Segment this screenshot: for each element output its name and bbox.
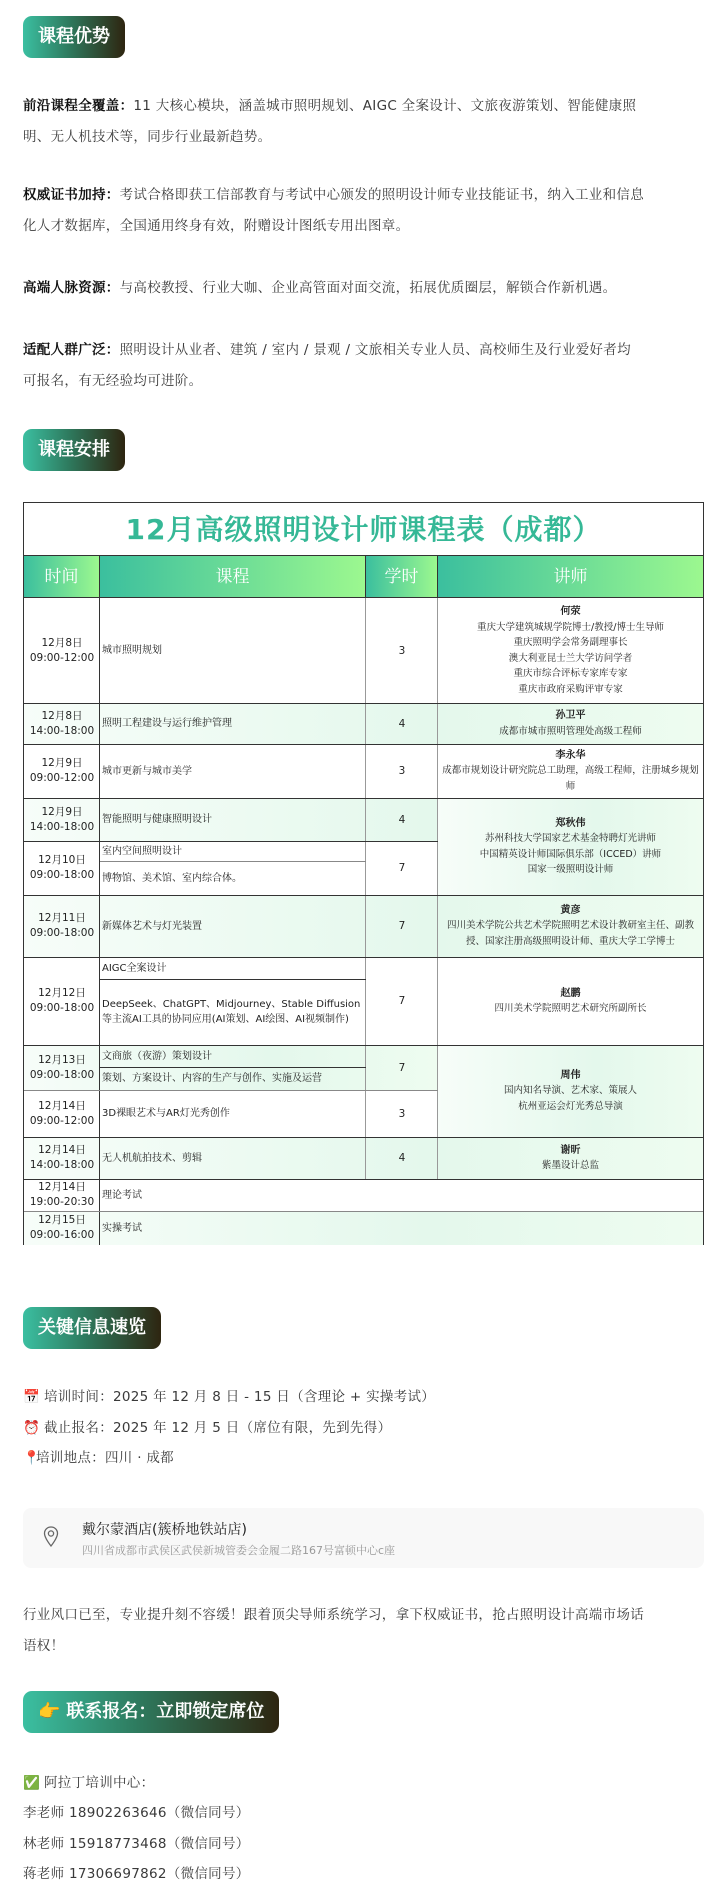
info-training-time: 📅培训时间：2025 年 12 月 8 日 - 15 日（含理论 + 实操考试）: [23, 1387, 435, 1407]
table-cell-lecturer: 何荥 重庆大学建筑城规学院博士/教授/博士生导师 重庆照明学会常务副理事长 澳大…: [438, 598, 703, 703]
pin-icon: 📍: [23, 1448, 33, 1468]
table-cell-hours: 4: [366, 1137, 438, 1179]
section-badge-key-info: 关键信息速览: [23, 1307, 161, 1349]
header-course: 课程: [100, 556, 366, 598]
table-cell-time: 12月10日09:00-18:00: [24, 841, 100, 895]
table-cell-time: 12月14日09:00-12:00: [24, 1090, 100, 1137]
table-cell-lecturer: 赵鹏 四川美术学院照明艺术研究所副所长: [438, 957, 703, 1045]
table-cell-course: 照明工程建设与运行维护管理: [100, 703, 366, 744]
table-cell-time: 12月11日09:00-18:00: [24, 895, 100, 957]
pointing-hand-icon: 👉: [38, 1701, 60, 1722]
table-cell-time: 12月8日09:00-12:00: [24, 598, 100, 703]
location-card[interactable]: 戴尔蒙酒店(簇桥地铁站店) 四川省成都市武侯区武侯新城管委会金履二路167号富顿…: [23, 1508, 704, 1568]
info-location: 📍培训地点：四川 · 成都: [23, 1448, 174, 1468]
cta-paragraph: 行业风口已至，专业提升刻不容缓！跟着顶尖导师系统学习，拿下权威证书，抢占照明设计…: [23, 1600, 703, 1662]
calendar-icon: 📅: [23, 1387, 39, 1407]
table-cell-course-detail: 博物馆、美术馆、室内综合体。: [100, 861, 366, 895]
header-hours: 学时: [366, 556, 438, 598]
schedule-table: 12月高级照明设计师课程表（成都） 时间 课程 学时 讲师 12月8日09:00…: [23, 502, 704, 1245]
table-cell-course: 智能照明与健康照明设计: [100, 798, 366, 841]
advantage-text-cont: 可报名，有无经验均可进阶。: [23, 366, 703, 397]
advantage-label: 适配人群广泛：: [23, 342, 120, 358]
table-cell-course: 新媒体艺术与灯光装置: [100, 895, 366, 957]
check-icon: ✅: [23, 1775, 39, 1791]
table-cell-hours: 3: [366, 744, 438, 798]
alarm-clock-icon: ⏰: [23, 1418, 39, 1438]
header-time: 时间: [24, 556, 100, 598]
section-badge-advantages: 课程优势: [23, 16, 125, 58]
info-deadline: ⏰截止报名：2025 年 12 月 5 日（席位有限，先到先得）: [23, 1418, 391, 1438]
table-cell-course: 室内空间照明设计: [100, 841, 366, 861]
advantage-label: 高端人脉资源：: [23, 280, 120, 296]
table-cell-time: 12月14日19:00-20:30: [24, 1179, 100, 1211]
advantage-item-network: 高端人脉资源：与高校教授、行业大咖、企业高管面对面交流，拓展优质圈层，解锁合作新…: [23, 273, 703, 304]
table-cell-hours: 4: [366, 798, 438, 841]
table-cell-hours: 7: [366, 957, 438, 1045]
table-cell-lecturer: 周伟 国内知名导演、艺术家、策展人 杭州亚运会灯光秀总导演: [438, 1045, 703, 1137]
section-badge-schedule: 课程安排: [23, 429, 125, 471]
table-cell-course: 无人机航拍技术、剪辑: [100, 1137, 366, 1179]
advantage-item-coverage: 前沿课程全覆盖：11 大核心模块，涵盖城市照明规划、AIGC 全案设计、文旅夜游…: [23, 91, 703, 153]
table-cell-course: 3D裸眼艺术与AR灯光秀创作: [100, 1090, 366, 1137]
advantage-text-cont: 明、无人机技术等，同步行业最新趋势。: [23, 122, 703, 153]
schedule-title: 12月高级照明设计师课程表（成都）: [24, 503, 703, 556]
table-cell-hours: 7: [366, 1045, 438, 1090]
location-pin-icon: [43, 1526, 59, 1552]
advantage-text: 考试合格即获工信部教育与考试中心颁发的照明设计师专业技能证书，纳入工业和信息: [120, 187, 644, 203]
table-cell-lecturer: 孙卫平 成都市城市照明管理处高级工程师: [438, 703, 703, 744]
advantage-text: 11 大核心模块，涵盖城市照明规划、AIGC 全案设计、文旅夜游策划、智能健康照: [133, 98, 636, 114]
table-cell-lecturer: 谢昕 紫墨设计总监: [438, 1137, 703, 1179]
table-cell-time: 12月15日09:00-16:00: [24, 1211, 100, 1245]
contact-person[interactable]: 蒋老师 17306697862（微信同号）: [23, 1862, 250, 1881]
table-cell-time: 12月14日14:00-18:00: [24, 1137, 100, 1179]
table-cell-hours: 4: [366, 703, 438, 744]
table-cell-time: 12月12日09:00-18:00: [24, 957, 100, 1045]
table-cell-lecturer: 李永华 成都市规划设计研究院总工助理，高级工程师，注册城乡规划师: [438, 744, 703, 798]
header-lecturer: 讲师: [438, 556, 703, 598]
advantage-label: 权威证书加持：: [23, 187, 120, 203]
contact-person[interactable]: 李老师 18902263646（微信同号）: [23, 1801, 250, 1821]
table-cell-lecturer: 黄彦 四川美术学院公共艺术学院照明艺术设计教研室主任、副教授、国家注册高级照明设…: [438, 895, 703, 957]
location-name: 戴尔蒙酒店(簇桥地铁站店): [82, 1519, 247, 1539]
table-cell-time: 12月13日09:00-18:00: [24, 1045, 100, 1090]
advantage-text: 与高校教授、行业大咖、企业高管面对面交流，拓展优质圈层，解锁合作新机遇。: [120, 280, 617, 296]
section-badge-contact: 👉联系报名：立即锁定席位: [23, 1691, 279, 1733]
table-cell-lecturer: 郑秋伟 苏州科技大学国家艺术基金特聘灯光讲师 中国精英设计师国际俱乐部（ICCE…: [438, 798, 703, 895]
advantage-text-cont: 化人才数据库，全国通用终身有效，附赠设计图纸专用出图章。: [23, 211, 703, 242]
advantage-item-certificate: 权威证书加持：考试合格即获工信部教育与考试中心颁发的照明设计师专业技能证书，纳入…: [23, 180, 703, 242]
table-cell-course-detail: DeepSeek、ChatGPT、Midjourney、Stable Diffu…: [100, 979, 366, 1045]
table-cell-course: 理论考试: [100, 1179, 703, 1211]
advantage-item-audience: 适配人群广泛：照明设计从业者、建筑 / 室内 / 景观 / 文旅相关专业人员、高…: [23, 335, 703, 397]
advantage-label: 前沿课程全覆盖：: [23, 98, 133, 114]
advantage-text: 照明设计从业者、建筑 / 室内 / 景观 / 文旅相关专业人员、高校师生及行业爱…: [120, 342, 631, 358]
table-cell-course-detail: 策划、方案设计、内容的生产与创作、实施及运营: [100, 1067, 366, 1090]
table-cell-course: AIGC全案设计: [100, 957, 366, 979]
contact-org: ✅阿拉丁培训中心：: [23, 1771, 154, 1791]
table-cell-time: 12月9日14:00-18:00: [24, 798, 100, 841]
table-cell-course: 城市更新与城市美学: [100, 744, 366, 798]
table-cell-course: 文商旅（夜游）策划设计: [100, 1045, 366, 1067]
contact-person[interactable]: 林老师 15918773468（微信同号）: [23, 1832, 250, 1852]
table-cell-hours: 7: [366, 895, 438, 957]
table-cell-time: 12月8日14:00-18:00: [24, 703, 100, 744]
table-cell-hours: 7: [366, 841, 438, 895]
location-address: 四川省成都市武侯区武侯新城管委会金履二路167号富顿中心c座: [82, 1542, 395, 1558]
table-cell-hours: 3: [366, 598, 438, 703]
table-cell-hours: 3: [366, 1090, 438, 1137]
table-cell-time: 12月9日09:00-12:00: [24, 744, 100, 798]
table-cell-course: 实操考试: [100, 1211, 703, 1245]
table-cell-course: 城市照明规划: [100, 598, 366, 703]
